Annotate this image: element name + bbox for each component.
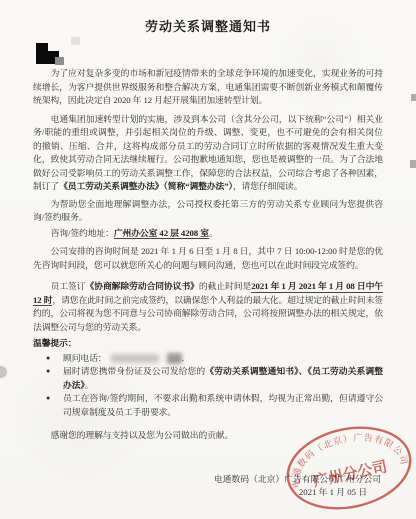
paragraph-text: 电通集团加速转型计划的实施，涉及到本公司（含其分公司，以下统称“公司”）相关业务… <box>33 114 383 192</box>
bullet-icon: ● <box>46 352 50 366</box>
address-value: 广州办公室 42 层 4208 室 <box>114 228 209 240</box>
paragraph-text: ，请您仔细阅读。 <box>233 181 303 191</box>
page-title: 劳动关系调整通知书 <box>33 16 383 35</box>
paragraph-transformation-plan: 电通集团加速转型计划的实施，涉及到本公司（含其分公司，以下统称“公司”）相关业务… <box>33 113 383 194</box>
paragraph-text: 员工在咨询/签约期间，不要求出勤和系统申请休假，均视为正常出勤，但请遵守公司规章… <box>63 393 383 417</box>
bullet-icon: ● <box>46 392 50 406</box>
paragraph-text: ． <box>182 353 191 363</box>
redacted-phone <box>111 354 159 363</box>
list-item-documents: ●届时请您携带身份证及公司发给您的《劳动关系调整通知书》、《员工劳动关系调整办法… <box>33 365 383 392</box>
address-label: 咨询/签约地址： <box>51 228 114 238</box>
paragraph-thanks: 感谢您的理解与支持以及您为公司做出的贡献。 <box>33 429 383 443</box>
scan-artifact <box>411 94 416 101</box>
agreement-title-reference: 《协商解除劳动合同协议书》 <box>86 281 199 291</box>
paragraph-consultant-service: 为帮助您全面地理解调整办法，公司授权委托第三方的劳动关系专业顾问为您提供咨询/签… <box>33 198 383 225</box>
list-item-attendance: ●员工在咨询/签约期间，不要求出勤和系统申请休假，均视为正常出勤，但请遵守公司规… <box>33 392 383 419</box>
redaction-mark <box>71 37 80 45</box>
bullet-icon: ● <box>46 365 50 379</box>
paragraph-address: 咨询/签约地址：广州办公室 42 层 4208 室。 <box>33 227 383 241</box>
paragraph-consult-time: 公司安排的咨询时间是 2021 年 1 月 6 日至 1 月 8 日，其中 7 … <box>33 245 383 272</box>
paragraph-intro: 为了应对复杂多变的市场和新冠疫情带来的全球竞争环境的加速变化，实现业务的可持续增… <box>33 67 383 108</box>
paragraph-text: ，请您在此时间之前完成签约，以确保您个人利益的最大化。超过规定的截止时间未签约的… <box>33 295 383 332</box>
paragraph-text: 员工签订 <box>51 281 86 291</box>
paragraph-text: 的截止时间是 <box>199 281 251 291</box>
paragraph-text: 届时请您携带身份证及公司发给您的 <box>63 366 205 376</box>
paragraph-text: 。 <box>209 228 218 238</box>
paragraph-deadline: 员工签订《协商解除劳动合同协议书》的截止时间是2021 年 1 月 2021 年… <box>33 280 383 334</box>
redaction-mark <box>55 57 64 65</box>
tips-heading: 温馨提示： <box>33 337 383 351</box>
list-item-phone: ●顾问电话：． <box>33 352 383 366</box>
company-signature: 电通数码（北京）广告有限公司广州分公司 <box>33 473 383 487</box>
document-title-reference: 《员工劳动关系调整办法》（简称“调整办法”） <box>59 181 233 191</box>
signature-block: 电通数码（北京）广告有限公司广州分公司 2021 年 1 月 05 日 <box>33 473 383 500</box>
signature-date: 2021 年 1 月 05 日 <box>33 486 383 500</box>
paragraph-text: 。 <box>85 380 94 390</box>
tips-list: ●顾问电话：． ●届时请您携带身份证及公司发给您的《劳动关系调整通知书》、《员工… <box>33 352 383 420</box>
scanned-document-page: 劳动关系调整通知书 为了应对复杂多变的市场和新冠疫情带来的全球竞争环境的加速变化… <box>0 0 416 519</box>
redacted-phone <box>167 353 182 364</box>
phone-label: 顾问电话： <box>63 353 107 363</box>
scan-artifact <box>410 160 416 168</box>
